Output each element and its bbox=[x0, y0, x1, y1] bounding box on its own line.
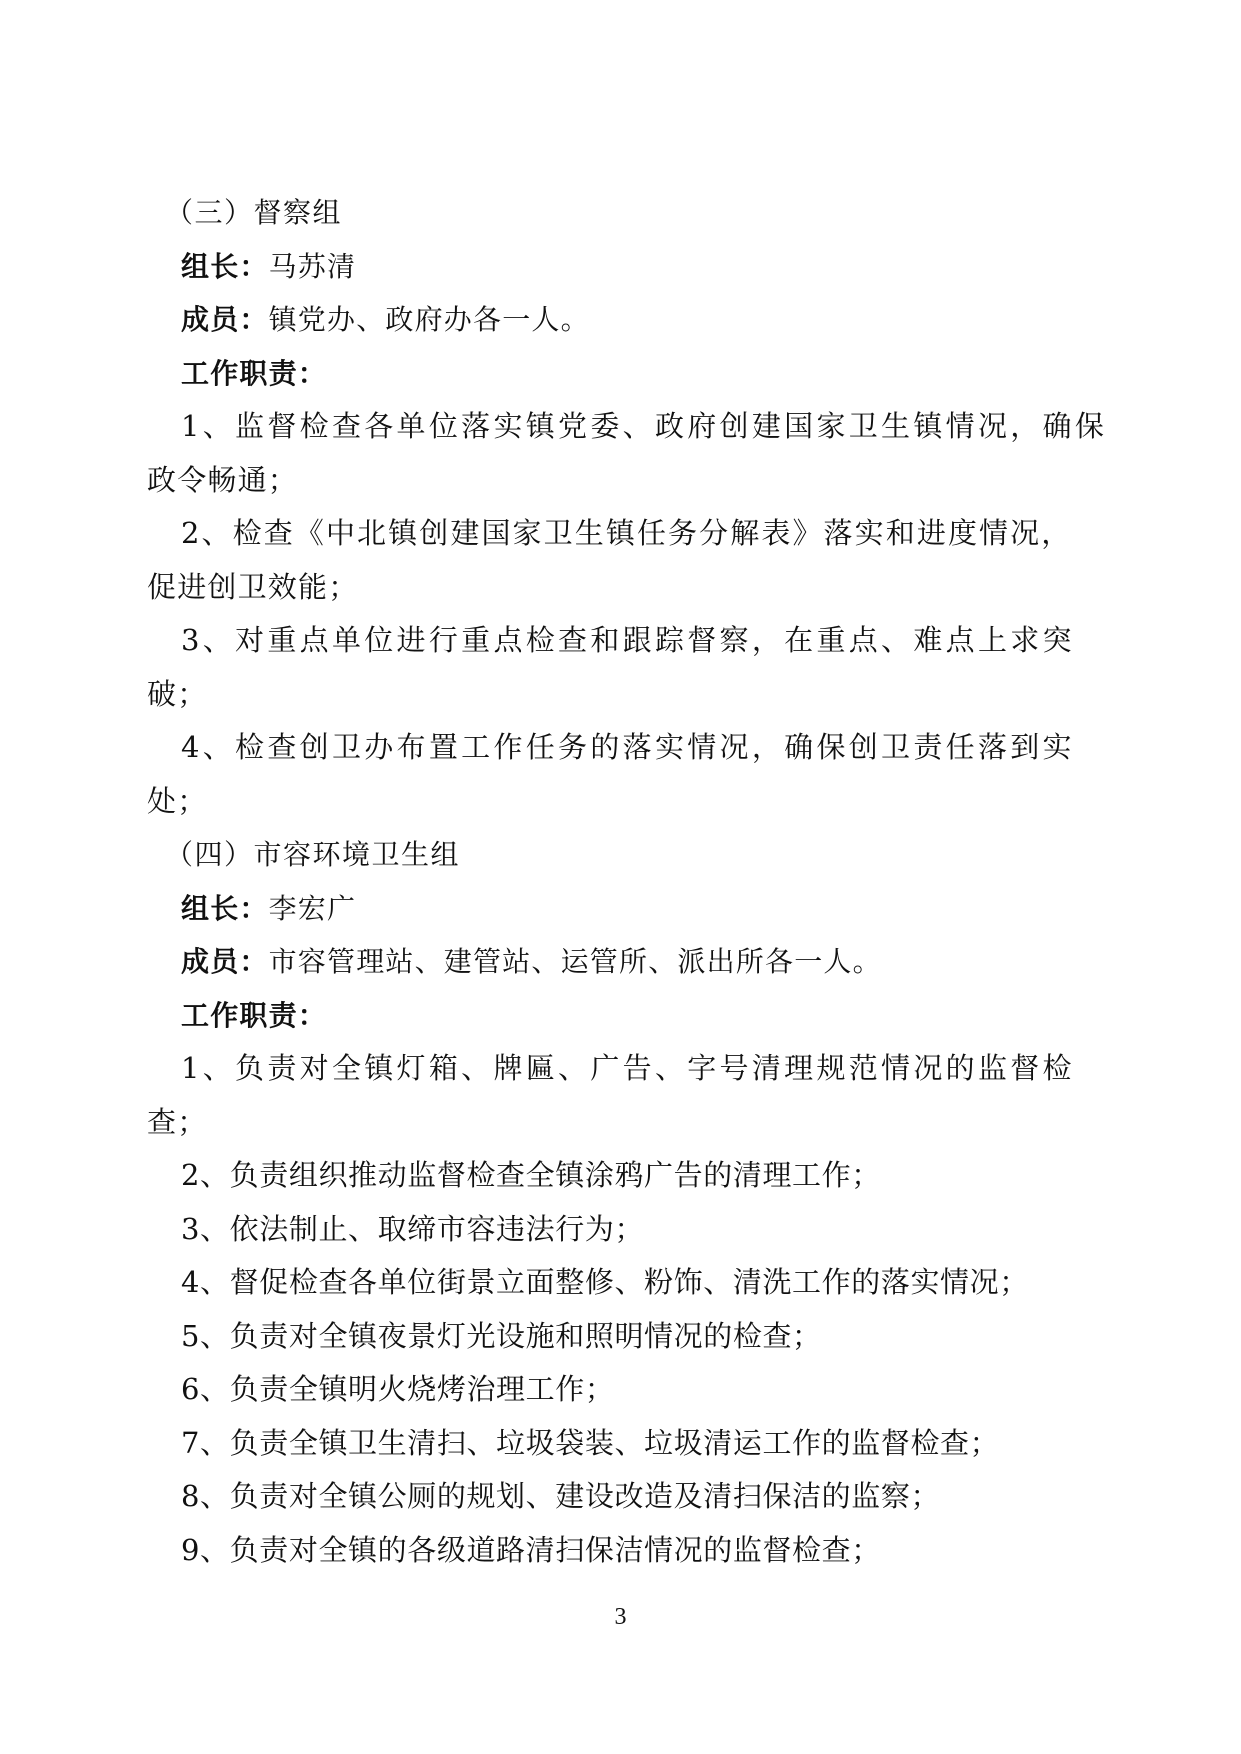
group-leader-value: 马苏清 bbox=[269, 250, 357, 283]
group-leader-label: 组长： bbox=[181, 250, 269, 283]
duty-item-line: 4、检查创卫办布置工作任务的落实情况，确保创卫责任落到实 bbox=[147, 721, 1111, 775]
document-body: （三）督察组 组长：马苏清 成员：镇党办、政府办各一人。 工作职责： 1、监督检… bbox=[147, 186, 1111, 1577]
duty-item: 8、负责对全镇公厕的规划、建设改造及清扫保洁的监察； bbox=[147, 1470, 1111, 1524]
duty-item: 2、负责组织推动监督检查全镇涂鸦广告的清理工作； bbox=[147, 1149, 1111, 1203]
duty-item-line: 3、对重点单位进行重点检查和跟踪督察，在重点、难点上求突 bbox=[147, 614, 1111, 668]
duty-item: 6、负责全镇明火烧烤治理工作； bbox=[147, 1363, 1111, 1417]
section-heading: （三）督察组 bbox=[147, 186, 1111, 240]
duties-label: 工作职责： bbox=[147, 989, 1111, 1043]
duty-item: 5、负责对全镇夜景灯光设施和照明情况的检查； bbox=[147, 1310, 1111, 1364]
duty-item-line: 2、检查《中北镇创建国家卫生镇任务分解表》落实和进度情况， bbox=[147, 507, 1111, 561]
duty-item-continuation: 查； bbox=[147, 1096, 1111, 1150]
duty-item-continuation: 政令畅通； bbox=[147, 454, 1111, 508]
duties-label: 工作职责： bbox=[147, 347, 1111, 401]
duty-item: 1、负责对全镇灯箱、牌匾、广告、字号清理规范情况的监督检 查； bbox=[147, 1042, 1111, 1149]
duty-item-line: 1、监督检查各单位落实镇党委、政府创建国家卫生镇情况，确保 bbox=[147, 400, 1111, 454]
duty-item-continuation: 促进创卫效能； bbox=[147, 561, 1111, 615]
group-members: 成员：市容管理站、建管站、运管所、派出所各一人。 bbox=[147, 935, 1111, 989]
duty-item-continuation: 处； bbox=[147, 775, 1111, 829]
duty-item: 1、监督检查各单位落实镇党委、政府创建国家卫生镇情况，确保 政令畅通； bbox=[147, 400, 1111, 507]
duty-item: 3、对重点单位进行重点检查和跟踪督察，在重点、难点上求突 破； bbox=[147, 614, 1111, 721]
group-members: 成员：镇党办、政府办各一人。 bbox=[147, 293, 1111, 347]
group-leader-label: 组长： bbox=[181, 892, 269, 925]
group-members-label: 成员： bbox=[181, 303, 269, 336]
page-number: 3 bbox=[0, 1604, 1241, 1631]
group-members-value: 镇党办、政府办各一人。 bbox=[269, 303, 590, 336]
section-heading: （四）市容环境卫生组 bbox=[147, 828, 1111, 882]
duty-item: 3、依法制止、取缔市容违法行为； bbox=[147, 1203, 1111, 1257]
duty-item: 4、检查创卫办布置工作任务的落实情况，确保创卫责任落到实 处； bbox=[147, 721, 1111, 828]
duty-item: 9、负责对全镇的各级道路清扫保洁情况的监督检查； bbox=[147, 1524, 1111, 1578]
section-supervision-group: （三）督察组 组长：马苏清 成员：镇党办、政府办各一人。 工作职责： 1、监督检… bbox=[147, 186, 1111, 828]
duty-item: 7、负责全镇卫生清扫、垃圾袋装、垃圾清运工作的监督检查； bbox=[147, 1417, 1111, 1471]
group-members-value: 市容管理站、建管站、运管所、派出所各一人。 bbox=[269, 945, 882, 978]
document-page: （三）督察组 组长：马苏清 成员：镇党办、政府办各一人。 工作职责： 1、监督检… bbox=[0, 0, 1241, 1754]
duty-item-line: 1、负责对全镇灯箱、牌匾、广告、字号清理规范情况的监督检 bbox=[147, 1042, 1111, 1096]
duty-item-continuation: 破； bbox=[147, 668, 1111, 722]
group-members-label: 成员： bbox=[181, 945, 269, 978]
duty-item: 4、督促检查各单位街景立面整修、粉饰、清洗工作的落实情况； bbox=[147, 1256, 1111, 1310]
duty-item: 2、检查《中北镇创建国家卫生镇任务分解表》落实和进度情况， 促进创卫效能； bbox=[147, 507, 1111, 614]
group-leader-value: 李宏广 bbox=[269, 892, 357, 925]
group-leader: 组长：马苏清 bbox=[147, 240, 1111, 294]
section-sanitation-group: （四）市容环境卫生组 组长：李宏广 成员：市容管理站、建管站、运管所、派出所各一… bbox=[147, 828, 1111, 1577]
group-leader: 组长：李宏广 bbox=[147, 882, 1111, 936]
